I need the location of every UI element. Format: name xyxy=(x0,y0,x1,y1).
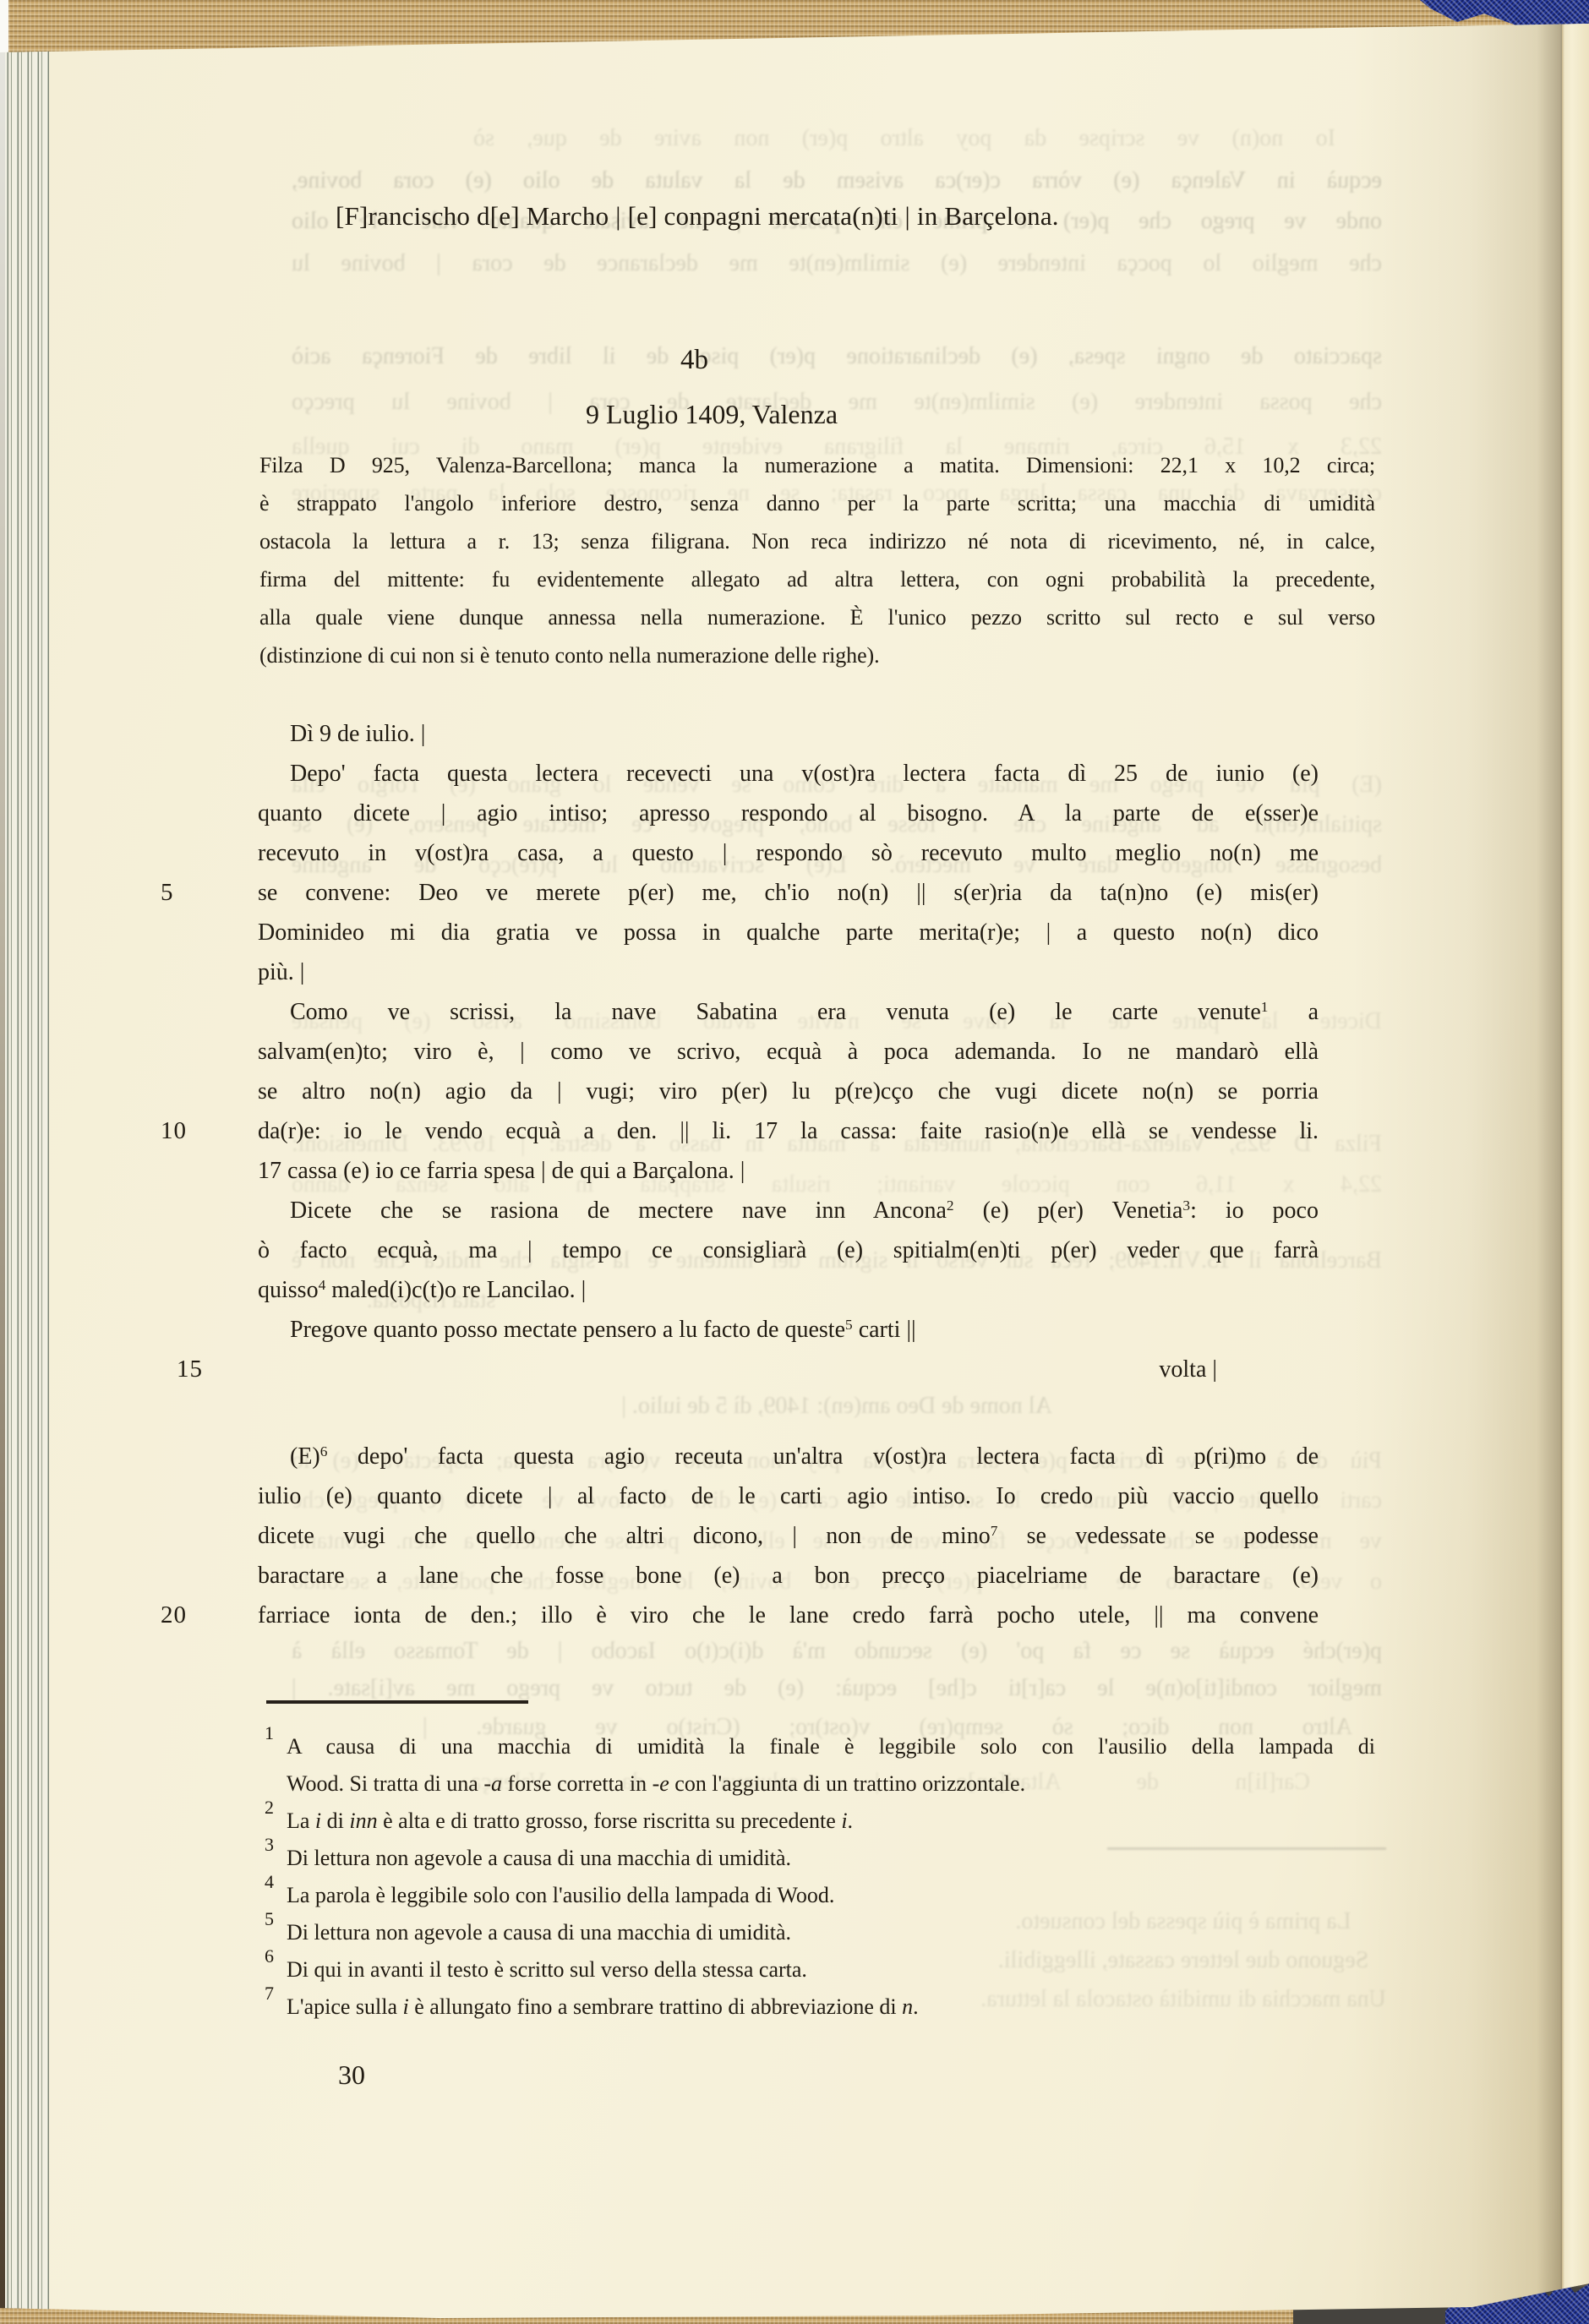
margin-line-number: 10 xyxy=(161,1111,203,1151)
letter-text: Dì 9 de iulio. |Depo' facta questa lecte… xyxy=(258,714,1319,1635)
body-line: Dicete che se rasiona de mectere nave in… xyxy=(258,1191,1319,1230)
date-heading: 9 Luglio 1409, Valenza xyxy=(586,399,838,430)
body-line: se convene: Deo ve merete p(er) me, ch'i… xyxy=(258,873,1319,913)
footnote: 6Di qui in avanti il testo è scritto sul… xyxy=(258,1951,1375,1988)
text-block: [F]rancischo d[e] Marcho | [e] conpagni … xyxy=(258,0,1378,2324)
footnote: 7L'apice sulla i è allungato fino a semb… xyxy=(258,1988,1375,2026)
footnote: 3Di lettura non agevole a causa di una m… xyxy=(258,1840,1375,1877)
footnote-number: 4 xyxy=(265,1871,274,1893)
body-line: più. | xyxy=(258,952,1319,992)
stacked-page-edges xyxy=(5,0,49,2324)
margin-line-number: 5 xyxy=(161,873,203,913)
body-line: quanto dicete | agio intiso; apresso res… xyxy=(258,794,1319,833)
footnote-line: Di lettura non agevole a causa di una ma… xyxy=(287,1914,1375,1951)
body-line: recevuto in v(ost)ra casa, a questo | re… xyxy=(258,833,1319,873)
footnote-line: La i di inn è alta e di tratto grosso, f… xyxy=(287,1803,1375,1840)
address-line: [F]rancischo d[e] Marcho | [e] conpagni … xyxy=(336,201,1059,232)
margin-line-number: 15 xyxy=(161,1350,203,1389)
body-line: da(r)e: io le vendo ecquà a den. || li. … xyxy=(258,1111,1319,1151)
section-number: 4b xyxy=(680,345,708,376)
body-line: farriace ionta de den.; illo è viro che … xyxy=(258,1596,1319,1635)
body-line: Pregove quanto posso mectate pensero a l… xyxy=(258,1310,1319,1350)
body-line: baractare a lane che fosse bone (e) a bo… xyxy=(258,1556,1319,1596)
margin-line-number: 20 xyxy=(161,1596,203,1635)
footnote-number: 3 xyxy=(265,1834,274,1856)
body-line: salvam(en)to; viro è, | como ve scrivo, … xyxy=(258,1032,1319,1072)
footnote-line: La parola è leggibile solo con l'ausilio… xyxy=(287,1877,1375,1914)
footnote: 5Di lettura non agevole a causa di una m… xyxy=(258,1914,1375,1951)
body-line: Depo' facta questa lectera recevecti una… xyxy=(258,754,1319,794)
footnote-line: Di lettura non agevole a causa di una ma… xyxy=(287,1840,1375,1877)
facing-page-strip xyxy=(1562,0,1589,2324)
footnote: 2La i di inn è alta e di tratto grosso, … xyxy=(258,1803,1375,1840)
description-line: alla quale viene dunque annessa nella nu… xyxy=(259,598,1375,636)
description-line: Filza D 925, Valenza-Barcellona; manca l… xyxy=(259,446,1375,484)
page-number: 30 xyxy=(338,2059,365,2091)
footnote-number: 5 xyxy=(265,1908,274,1930)
body-line: 17 cassa (e) io ce farria spesa | de qui… xyxy=(258,1151,1319,1191)
footnote-number: 2 xyxy=(265,1797,274,1819)
footnote-line: Wood. Si tratta di una -a forse corretta… xyxy=(287,1765,1375,1803)
footnote: 1A causa di una macchia di umidità la fi… xyxy=(258,1728,1375,1803)
body-line: (E)6 depo' facta questa agio receuta un'… xyxy=(258,1437,1319,1476)
footnote: 4La parola è leggibile solo con l'ausili… xyxy=(258,1877,1375,1914)
gutter-shading xyxy=(1352,0,1562,2324)
body-line: volta |15 xyxy=(258,1350,1319,1389)
description-line: è strappato l'angolo inferiore destro, s… xyxy=(259,484,1375,522)
footnote-separator xyxy=(266,1700,528,1704)
description-line: ostacola la lettura a r. 13; senza filig… xyxy=(259,522,1375,560)
footnote-line: A causa di una macchia di umidità la fin… xyxy=(287,1728,1375,1765)
book-page: Io no(n) ve scripse da poy altro p(er) n… xyxy=(0,0,1589,2324)
footnotes: 1A causa di una macchia di umidità la fi… xyxy=(258,1728,1375,2026)
body-line: ò facto ecquà, ma | tempo ce consigliarà… xyxy=(258,1230,1319,1270)
body-line: Dominideo mi dia gratia ve possa in qual… xyxy=(258,913,1319,952)
body-line: iulio (e) quanto dicete | al facto de le… xyxy=(258,1476,1319,1516)
footnote-line: Di qui in avanti il testo è scritto sul … xyxy=(287,1951,1375,1988)
footnote-line: L'apice sulla i è allungato fino a sembr… xyxy=(287,1988,1375,2026)
body-line: Dì 9 de iulio. | xyxy=(258,714,1319,754)
footnote-number: 7 xyxy=(265,1983,274,2005)
body-line: dicete vugi che quello che altri dicono,… xyxy=(258,1516,1319,1556)
description-line: firma del mittente: fu evidentemente all… xyxy=(259,560,1375,598)
footnote-number: 1 xyxy=(265,1722,274,1744)
body-line: quisso4 maled(i)c(t)o re Lancilao. | xyxy=(258,1270,1319,1310)
body-line: se altro no(n) agio da | vugi; viro p(er… xyxy=(258,1072,1319,1111)
body-line: Como ve scrissi, la nave Sabatina era ve… xyxy=(258,992,1319,1032)
manuscript-description: Filza D 925, Valenza-Barcellona; manca l… xyxy=(259,446,1375,674)
book-photo: Io no(n) ve scripse da poy altro p(er) n… xyxy=(0,0,1589,2324)
footnote-number: 6 xyxy=(265,1945,274,1967)
description-line: (distinzione di cui non si è tenuto cont… xyxy=(259,636,1375,674)
